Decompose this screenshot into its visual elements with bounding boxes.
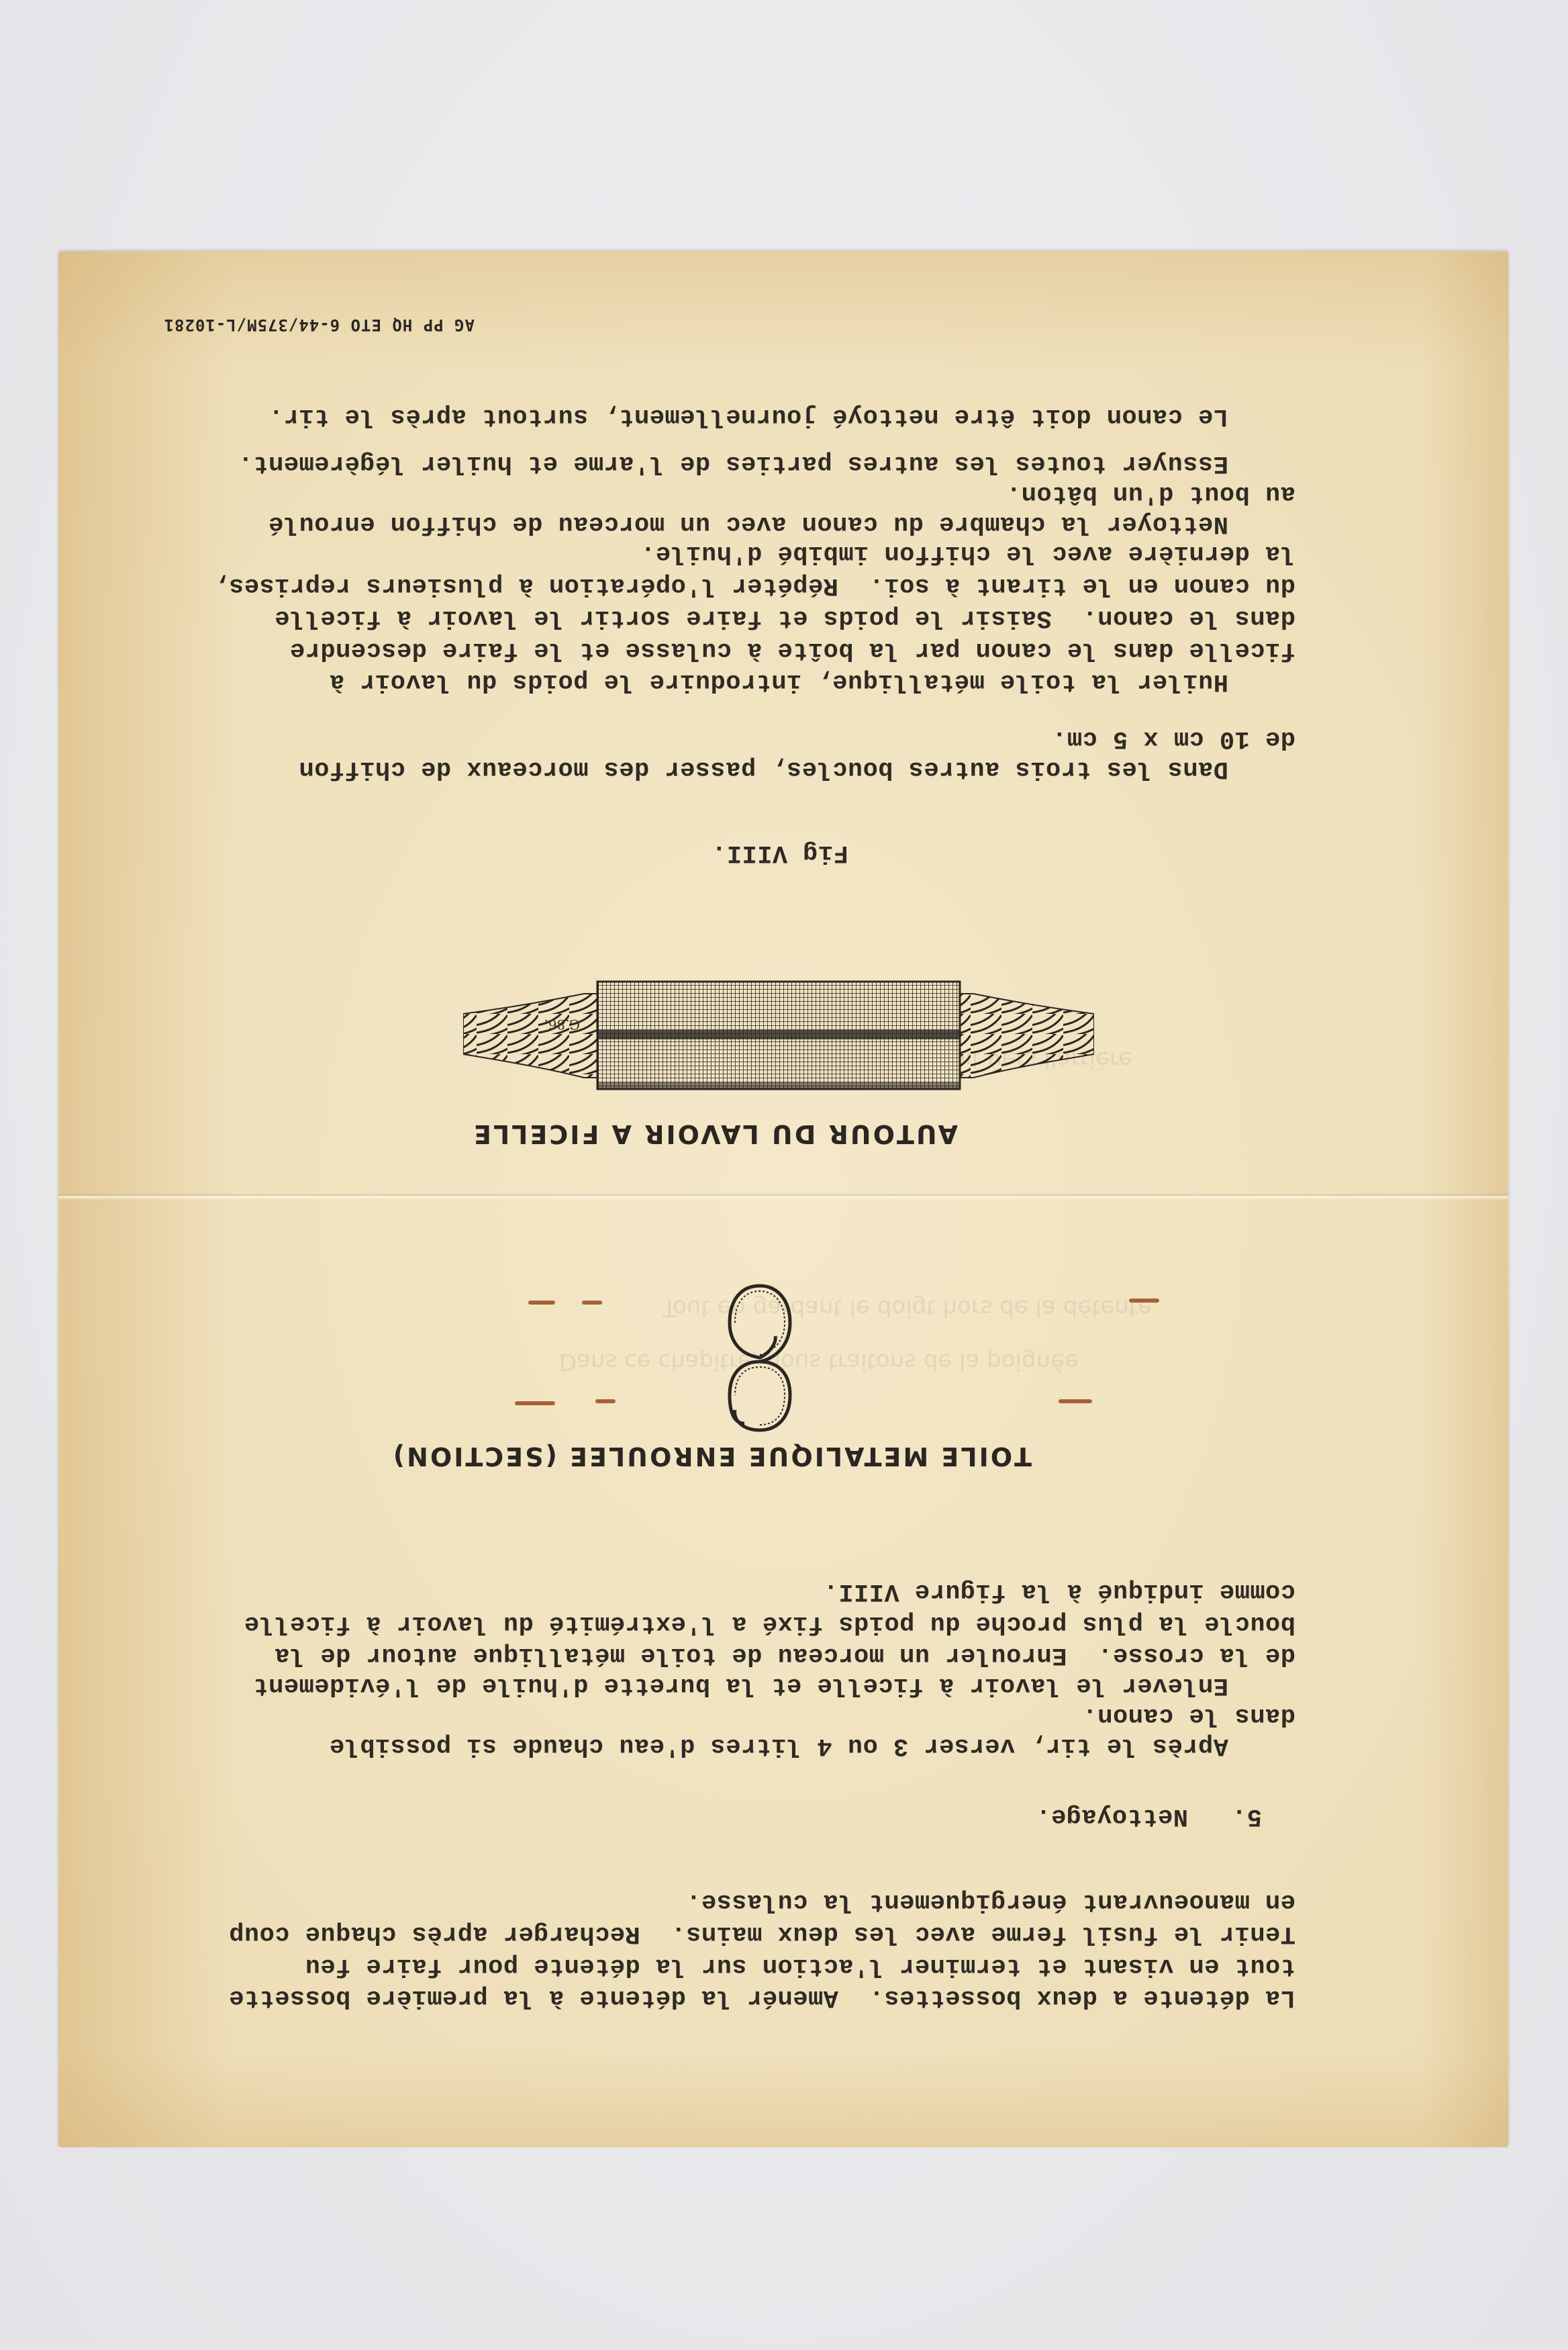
body-line: au bout d'un bâton. <box>1006 481 1295 506</box>
rust-mark <box>528 1301 555 1305</box>
document-page: Dans ce chapitre, nous traitons de la po… <box>58 252 1508 2147</box>
body-line: Essuyer toutes les autres parties de l'a… <box>238 451 1228 475</box>
body-line: la dernière avec le chiffon imbibé d'hui… <box>640 540 1295 565</box>
rust-mark <box>595 1399 616 1403</box>
body-line: dans le canon. <box>1082 1703 1295 1728</box>
body-line: ficelle dans le canon par la boîte à cul… <box>290 637 1295 662</box>
body-line: dans le canon. Saisir le poids et faire … <box>275 605 1295 630</box>
rust-mark <box>582 1301 602 1305</box>
body-line: du canon en le tirant à soi. Répéter l'o… <box>213 573 1295 598</box>
body-line: Huiler la toile métallique, introduire l… <box>329 669 1228 694</box>
rope-with-wire-mesh-icon <box>463 974 1094 1094</box>
figure-caption-section: TOILE METALIQUE ENROULEE (SECTION) <box>391 1444 1032 1469</box>
section-title: Nettoyage. <box>1036 1803 1188 1828</box>
print-code-footer: AG PP HQ ETO 6-44/375M/L-10281 <box>164 316 475 334</box>
body-line: boucle la plus proche du poids fixé a l'… <box>244 1611 1295 1636</box>
body-line: tout en visant et terminer l'action sur … <box>305 1953 1295 1978</box>
rust-mark <box>1129 1299 1159 1303</box>
body-line: Le canon doit être nettoyé journellement… <box>268 404 1228 428</box>
body-line: Tenir le fusil ferme avec les deux mains… <box>229 1921 1295 1946</box>
rust-mark <box>1059 1399 1092 1403</box>
show-through-text: Dans ce chapitre, nous traitons de la po… <box>559 1348 1079 1375</box>
printer-mark: G.86. <box>544 1017 580 1033</box>
body-line: en manoeuvrant énergiquement la culasse. <box>686 1889 1295 1914</box>
body-line: Dans les trois autres boucles, passer de… <box>299 756 1228 781</box>
body-line: de 10 cm x 5 cm. <box>1052 726 1295 751</box>
body-line: Enlever le lavoir à ficelle et la burett… <box>253 1673 1228 1697</box>
figure-label: Fig VIII. <box>712 840 848 865</box>
rust-mark <box>515 1401 555 1405</box>
coiled-wire-mesh-section-icon <box>723 1279 797 1437</box>
body-line: de la crosse. Enrouler un morceau de toi… <box>275 1642 1295 1667</box>
body-line: comme indiqué à la figure VIII. <box>823 1579 1295 1603</box>
section-number: 5. <box>1232 1803 1262 1828</box>
body-line: Nettoyer la chambre du canon avec un mor… <box>268 511 1228 536</box>
figure-caption-rope: AUTOUR DU LAVOIR A FICELLE <box>472 1121 958 1147</box>
body-line: Après le tir, verser 3 ou 4 litres d'eau… <box>329 1733 1228 1758</box>
body-line: La détente a deux bossettes. Amenér la d… <box>229 1985 1295 2010</box>
fold-crease <box>58 1193 1508 1200</box>
